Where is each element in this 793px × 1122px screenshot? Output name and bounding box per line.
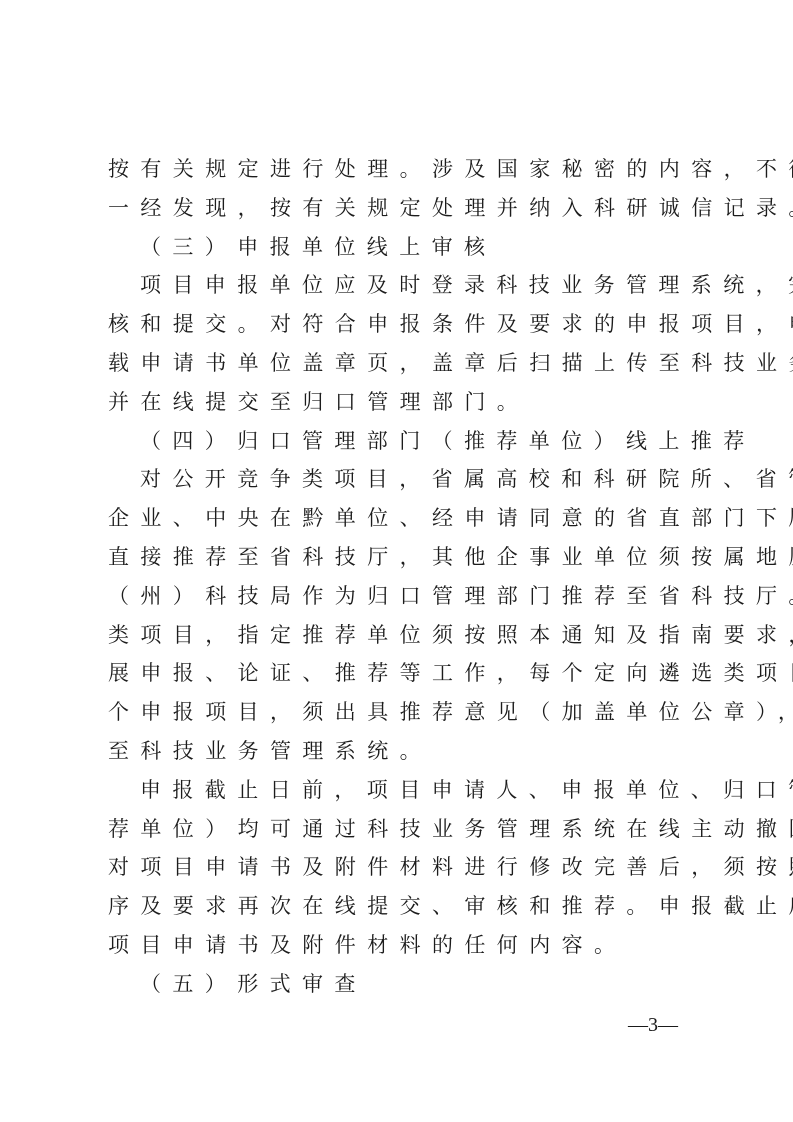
text-line: 直接推荐至省科技厅，其他企事业单位须按属地原则由所在市 — [108, 542, 698, 581]
text-line: 并在线提交至归口管理部门。 — [108, 387, 698, 426]
paragraph-start: 对公开竞争类项目，省属高校和科研院所、省管国有大型 — [108, 464, 698, 503]
text-line: 对项目申请书及附件材料进行修改完善后，须按照上述申报程 — [108, 852, 698, 891]
text-line: 企业、中央在黔单位、经申请同意的省直部门下属科研院所可 — [108, 503, 698, 542]
text-line: 核和提交。对符合申报条件及要求的申报项目，申报单位须下 — [108, 309, 698, 348]
text-line: 荐单位）均可通过科技业务管理系统在线主动撤回项目申请， — [108, 814, 698, 853]
section-heading-3: （三）申报单位线上审核 — [108, 232, 698, 271]
paragraph-start: 项目申报单位应及时登录科技业务管理系统，完成在线审 — [108, 270, 698, 309]
text-line: 项目申请书及附件材料的任何内容。 — [108, 930, 698, 969]
text-line: 载申请书单位盖章页，盖章后扫描上传至科技业务管理系统， — [108, 348, 698, 387]
text-line: 至科技业务管理系统。 — [108, 736, 698, 775]
page-number: —3— — [628, 1014, 678, 1037]
paragraph-start: 申报截止日前，项目申请人、申报单位、归口管理部门（推 — [108, 775, 698, 814]
text-line: 类项目，指定推荐单位须按照本通知及指南要求，认真组织开 — [108, 620, 698, 659]
text-line: （州）科技局作为归口管理部门推荐至省科技厅。对定向遴选 — [108, 581, 698, 620]
text-line: 展申报、论证、推荐等工作，每个定向遴选类项目只能推荐 1 — [108, 658, 698, 697]
text-line: 序及要求再次在线提交、审核和推荐。申报截止后，不得更改 — [108, 891, 698, 930]
text-line: 个申报项目，须出具推荐意见（加盖单位公章），并扫描上传 — [108, 697, 698, 736]
text-line: 按有关规定进行处理。涉及国家秘密的内容，不得在网上申报， — [108, 154, 698, 193]
document-body: 按有关规定进行处理。涉及国家秘密的内容，不得在网上申报， 一经发现，按有关规定处… — [108, 154, 698, 1008]
section-heading-4: （四）归口管理部门（推荐单位）线上推荐 — [108, 426, 698, 465]
document-page: 按有关规定进行处理。涉及国家秘密的内容，不得在网上申报， 一经发现，按有关规定处… — [0, 0, 793, 1122]
section-heading-5: （五）形式审查 — [108, 969, 698, 1008]
text-line: 一经发现，按有关规定处理并纳入科研诚信记录。 — [108, 193, 698, 232]
